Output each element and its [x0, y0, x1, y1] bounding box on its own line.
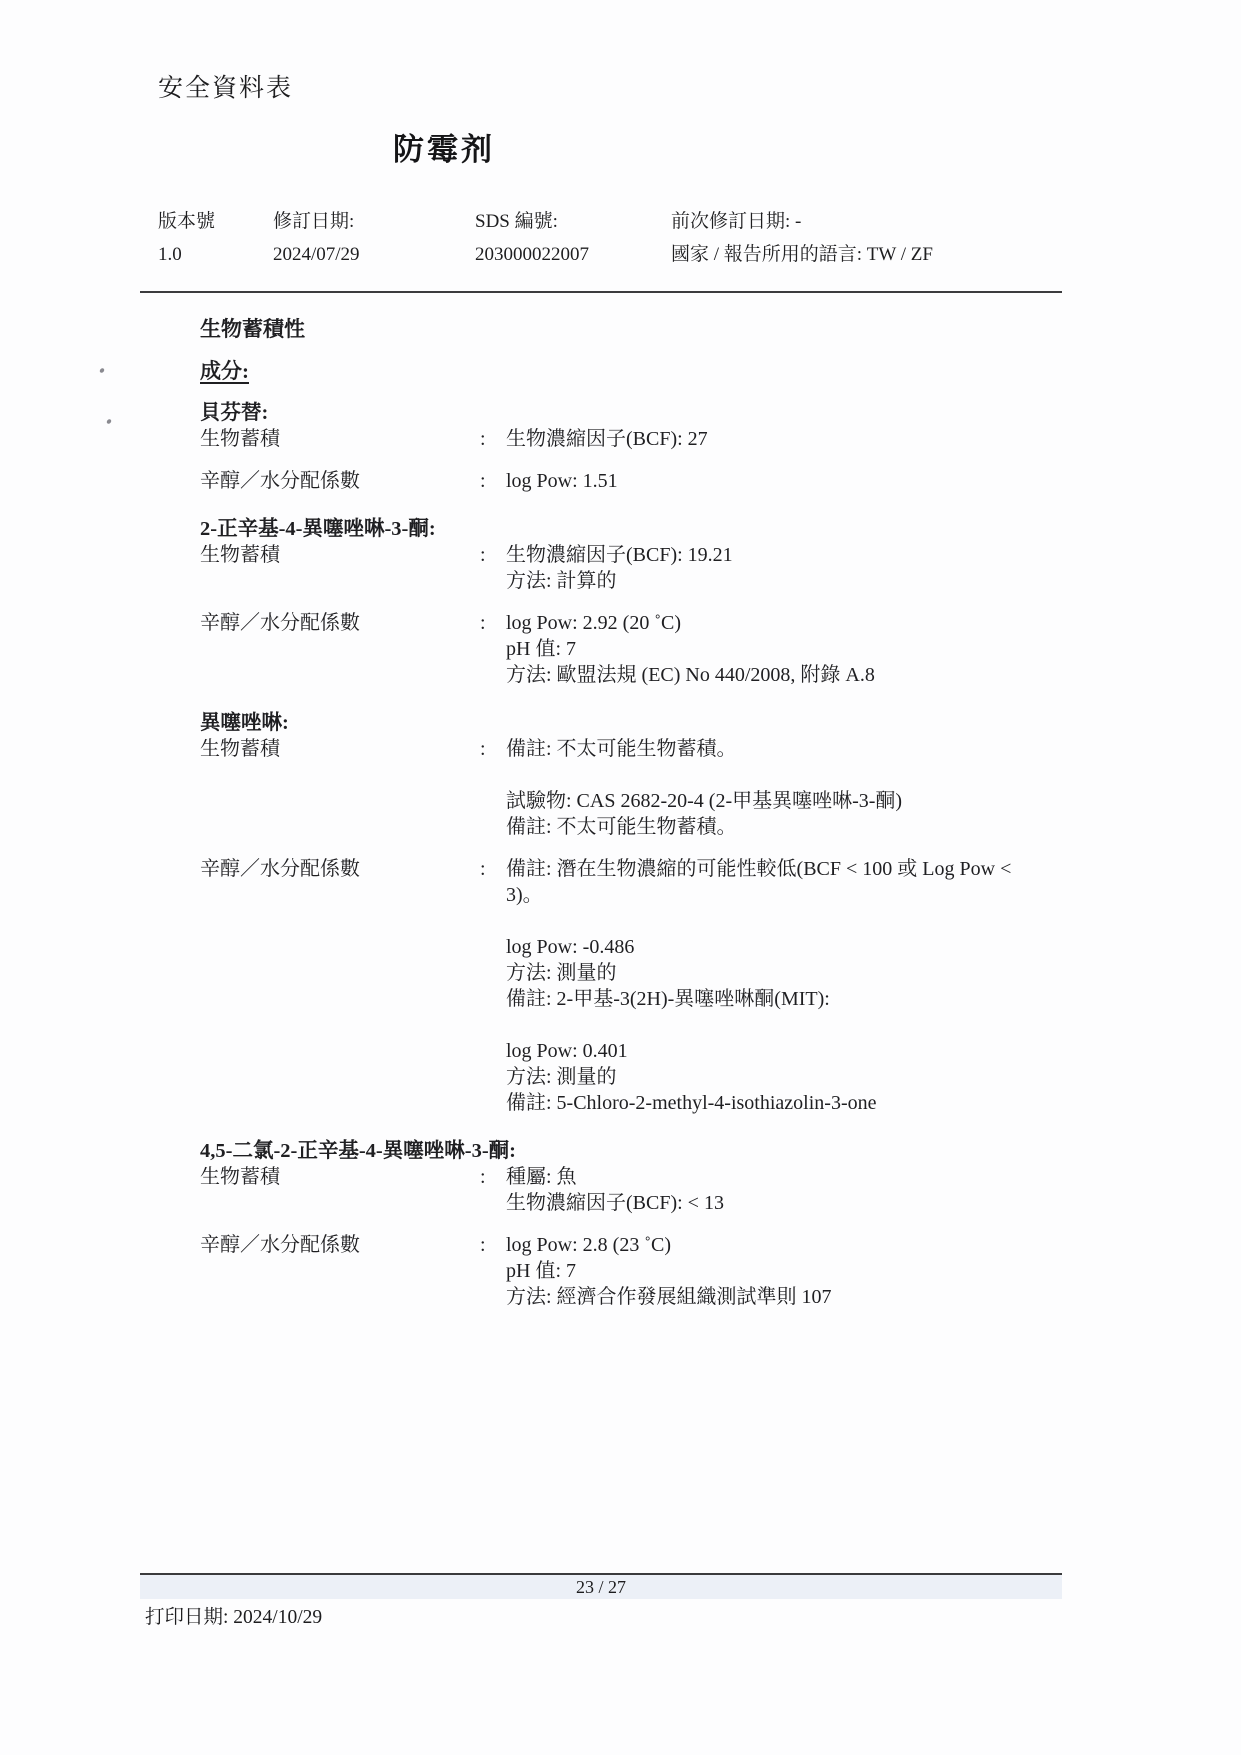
row-value: 備註: 不太可能生物蓄積。 試驗物: CAS 2682-20-4 (2-甲基異噻…	[506, 736, 1070, 840]
colon-separator: :	[480, 610, 506, 636]
data-row: 生物蓄積 : 生物濃縮因子(BCF): 27	[200, 426, 1070, 452]
meta-sds-number: SDS 編號: 203000022007	[475, 205, 671, 271]
product-title: 防霉剂	[393, 124, 495, 169]
sds-document-page: 安全資料表 防霉剂 版本號 1.0 修訂日期: 2024/07/29 SDS 編…	[0, 0, 1241, 1755]
scan-speck	[106, 418, 112, 424]
meta-previous-revision: 前次修訂日期: - 國家 / 報告所用的語言: TW / ZF	[671, 205, 933, 271]
colon-separator: :	[480, 426, 506, 452]
version-label: 版本號	[158, 205, 273, 238]
colon-separator: :	[480, 856, 506, 882]
meta-version: 版本號 1.0	[158, 205, 273, 271]
component-group-isothiazoline: 異噻唑啉: 生物蓄積 : 備註: 不太可能生物蓄積。 試驗物: CAS 2682…	[200, 710, 1070, 1116]
colon-separator: :	[480, 736, 506, 762]
row-value: 生物濃縮因子(BCF): 19.21 方法: 計算的	[506, 542, 1070, 594]
document-meta: 版本號 1.0 修訂日期: 2024/07/29 SDS 編號: 2030000…	[158, 205, 933, 271]
revision-date-label: 修訂日期:	[273, 205, 475, 238]
component-name: 4,5-二氯-2-正辛基-4-異噻唑啉-3-酮:	[200, 1138, 1070, 1164]
row-label: 生物蓄積	[200, 1164, 480, 1190]
component-group-dichlorooctylisothiazolinone: 4,5-二氯-2-正辛基-4-異噻唑啉-3-酮: 生物蓄積 : 種屬: 魚 生物…	[200, 1138, 1070, 1310]
colon-separator: :	[480, 468, 506, 494]
components-heading: 成分:	[200, 358, 1070, 384]
version-value: 1.0	[158, 238, 273, 271]
colon-separator: :	[480, 1232, 506, 1258]
row-label: 辛醇／水分配係數	[200, 468, 480, 494]
language-label: 國家 / 報告所用的語言: TW / ZF	[671, 238, 933, 271]
data-row: 辛醇／水分配係數 : 備註: 潛在生物濃縮的可能性較低(BCF < 100 或 …	[200, 856, 1070, 1116]
component-name: 貝芬替:	[200, 400, 1070, 426]
sds-number-value: 203000022007	[475, 238, 671, 271]
row-value: 種屬: 魚 生物濃縮因子(BCF): < 13	[506, 1164, 1070, 1216]
page-number: 23 / 27	[576, 1577, 626, 1598]
row-label: 辛醇／水分配係數	[200, 1232, 480, 1258]
data-row: 辛醇／水分配係數 : log Pow: 2.92 (20 ˚C) pH 值: 7…	[200, 610, 1070, 688]
row-label: 生物蓄積	[200, 736, 480, 762]
colon-separator: :	[480, 1164, 506, 1190]
component-name: 2-正辛基-4-異噻唑啉-3-酮:	[200, 516, 1070, 542]
component-group-octylisothiazolinone: 2-正辛基-4-異噻唑啉-3-酮: 生物蓄積 : 生物濃縮因子(BCF): 19…	[200, 516, 1070, 688]
data-row: 生物蓄積 : 種屬: 魚 生物濃縮因子(BCF): < 13	[200, 1164, 1070, 1216]
meta-revision-date: 修訂日期: 2024/07/29	[273, 205, 475, 271]
print-date: 打印日期: 2024/10/29	[145, 1601, 322, 1629]
section-title: 生物蓄積性	[200, 316, 1070, 342]
colon-separator: :	[480, 542, 506, 568]
row-label: 辛醇／水分配係數	[200, 610, 480, 636]
row-label: 辛醇／水分配係數	[200, 856, 480, 882]
component-name: 異噻唑啉:	[200, 710, 1070, 736]
row-value: log Pow: 1.51	[506, 468, 1070, 494]
row-value: log Pow: 2.8 (23 ˚C) pH 值: 7 方法: 經濟合作發展組…	[506, 1232, 1070, 1310]
row-value: 備註: 潛在生物濃縮的可能性較低(BCF < 100 或 Log Pow < 3…	[506, 856, 1070, 1116]
row-value: log Pow: 2.92 (20 ˚C) pH 值: 7 方法: 歐盟法規 (…	[506, 610, 1070, 688]
header-divider	[140, 291, 1062, 293]
data-row: 辛醇／水分配係數 : log Pow: 1.51	[200, 468, 1070, 494]
bioaccumulation-section: 生物蓄積性 成分: 貝芬替: 生物蓄積 : 生物濃縮因子(BCF): 27 辛醇…	[200, 316, 1070, 1332]
row-label: 生物蓄積	[200, 542, 480, 568]
document-type-title: 安全資料表	[158, 68, 293, 104]
row-label: 生物蓄積	[200, 426, 480, 452]
row-value: 生物濃縮因子(BCF): 27	[506, 426, 1070, 452]
data-row: 生物蓄積 : 備註: 不太可能生物蓄積。 試驗物: CAS 2682-20-4 …	[200, 736, 1070, 840]
revision-date-value: 2024/07/29	[273, 238, 475, 271]
scan-speck	[99, 367, 105, 373]
sds-number-label: SDS 編號:	[475, 205, 671, 238]
previous-revision-label: 前次修訂日期: -	[671, 205, 933, 238]
footer-page-number-bar: 23 / 27	[140, 1573, 1062, 1599]
data-row: 辛醇／水分配係數 : log Pow: 2.8 (23 ˚C) pH 值: 7 …	[200, 1232, 1070, 1310]
data-row: 生物蓄積 : 生物濃縮因子(BCF): 19.21 方法: 計算的	[200, 542, 1070, 594]
component-group-carbendazim: 貝芬替: 生物蓄積 : 生物濃縮因子(BCF): 27 辛醇／水分配係數 : l…	[200, 400, 1070, 494]
